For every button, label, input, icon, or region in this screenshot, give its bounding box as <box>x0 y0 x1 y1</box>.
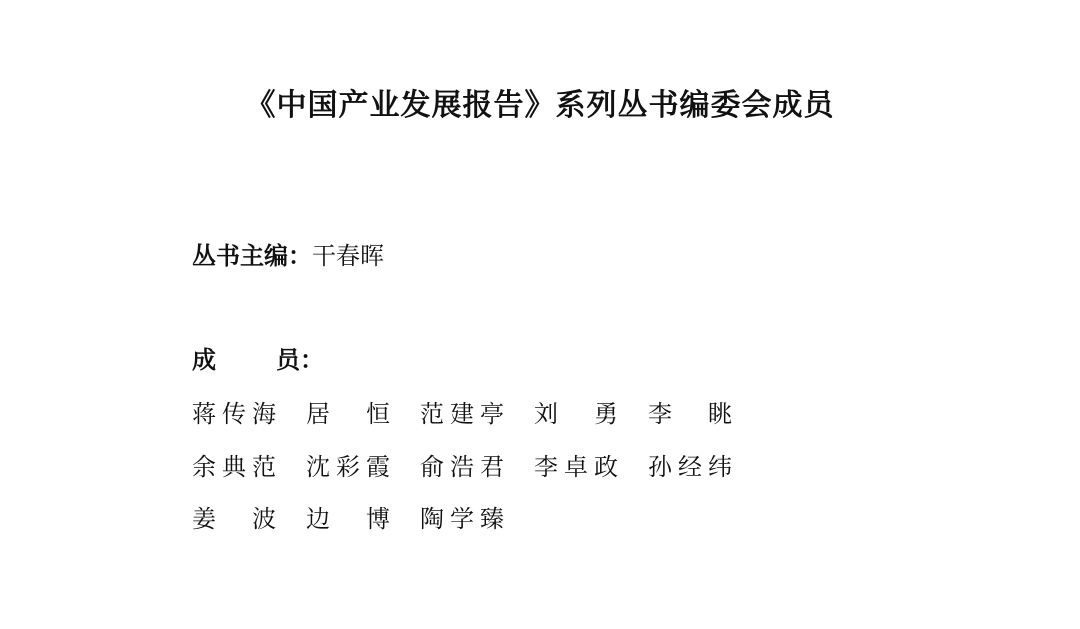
member-name: 刘勇 <box>534 394 618 429</box>
members-label: 成员： <box>192 340 324 375</box>
members-label-part1: 成 <box>192 346 216 374</box>
member-name: 姜波 <box>192 499 276 534</box>
chief-editor-name: 干春晖 <box>312 242 384 270</box>
chief-editor-line: 丛书主编：干春晖 <box>192 236 384 271</box>
member-name: 沈彩霞 <box>306 447 390 482</box>
member-name: 余典范 <box>192 447 276 482</box>
member-name: 边博 <box>306 499 390 534</box>
member-name: 俞浩君 <box>420 447 504 482</box>
member-name: 蒋传海 <box>192 394 276 429</box>
chief-editor-label: 丛书主编： <box>192 242 312 270</box>
member-name: 居恒 <box>306 394 390 429</box>
member-name: 李卓政 <box>534 447 618 482</box>
member-name: 范建亭 <box>420 394 504 429</box>
members-label-part2: 员： <box>276 346 324 374</box>
member-name: 陶学臻 <box>420 499 504 534</box>
document-title: 《中国产业发展报告》系列丛书编委会成员 <box>0 80 1080 124</box>
member-name: 孙经纬 <box>648 447 732 482</box>
member-name: 李眺 <box>648 394 732 429</box>
